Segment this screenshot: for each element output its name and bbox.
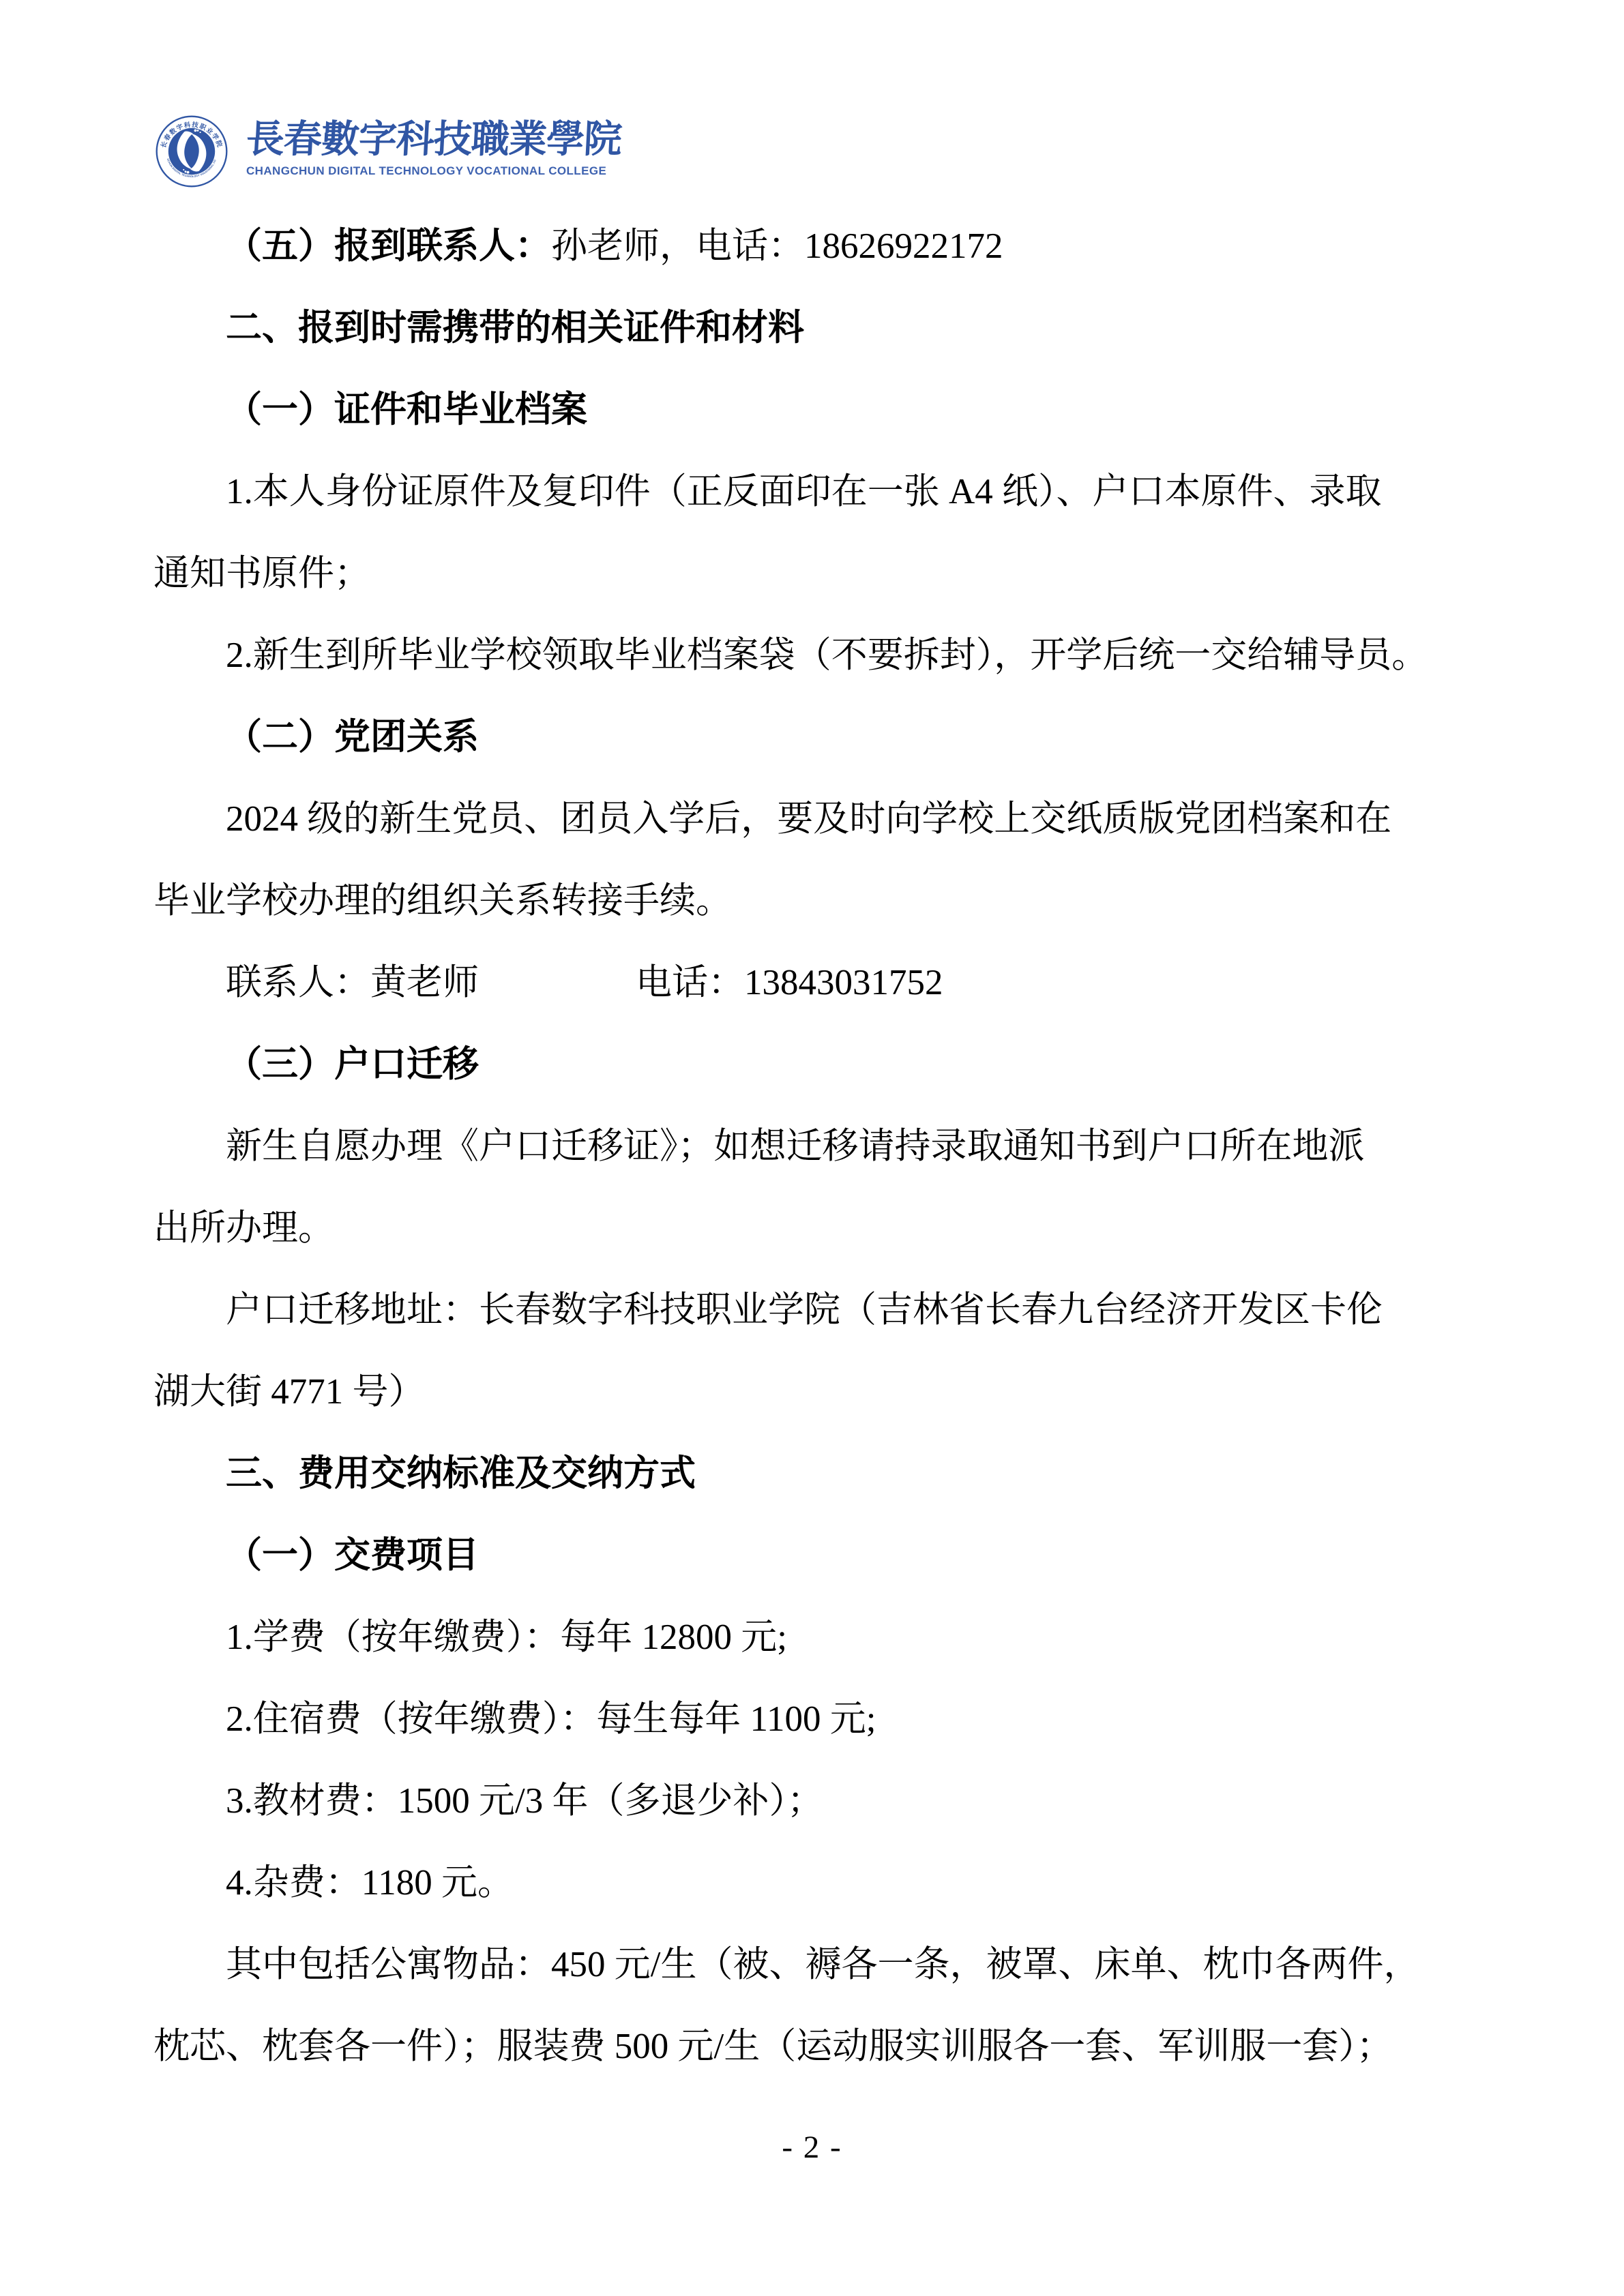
text-line: 通知书原件； bbox=[153, 533, 1473, 614]
text-run: 联系人：黄老师 bbox=[226, 963, 479, 1002]
text-run: 4.杂费：1180 元。 bbox=[226, 1863, 514, 1903]
text-run: 户口迁移地址：长春数字科技职业学院（吉林省长春九台经济开发区卡伦 bbox=[226, 1290, 1383, 1330]
text-run: （二）党团关系 bbox=[226, 717, 479, 757]
text-run: 2.新生到所毕业学校领取毕业档案袋（不要拆封），开学后统一交给辅导员。 bbox=[226, 636, 1428, 675]
text-line: 户口迁移地址：长春数字科技职业学院（吉林省长春九台经济开发区卡伦 bbox=[153, 1269, 1473, 1351]
text-run: 1.学费（按年缴费）：每年 12800 元; bbox=[226, 1617, 787, 1657]
page-number: - 2 - bbox=[0, 2129, 1624, 2166]
text-line: 出所办理。 bbox=[153, 1187, 1473, 1269]
text-line: 3.教材费：1500 元/3 年（多退少补）； bbox=[153, 1760, 1473, 1842]
text-run: 毕业学校办理的组织关系转接手续。 bbox=[153, 881, 732, 921]
document-body: （五）报到联系人：孙老师，电话：18626922172二、报到时需携带的相关证件… bbox=[153, 205, 1473, 2087]
text-line: 三、费用交纳标准及交纳方式 bbox=[153, 1433, 1473, 1515]
text-line: 枕芯、枕套各一件）；服装费 500 元/生（运动服实训服各一套、军训服一套）； bbox=[153, 2006, 1473, 2087]
text-run: 通知书原件； bbox=[153, 554, 370, 593]
text-run: （一）交费项目 bbox=[226, 1536, 479, 1575]
text-line: （五）报到联系人：孙老师，电话：18626922172 bbox=[153, 205, 1473, 287]
college-logo: 长春数字科技职业学院 CHANGCHUN DIGITAL TECHNOLOGY … bbox=[155, 115, 621, 188]
text-run: 三、费用交纳标准及交纳方式 bbox=[226, 1453, 696, 1493]
text-run: 枕芯、枕套各一件）；服装费 500 元/生（运动服实训服各一套、军训服一套）； bbox=[153, 2027, 1393, 2066]
college-name-chinese: 長春數字科技職業學院 bbox=[245, 119, 622, 161]
text-line: 1.学费（按年缴费）：每年 12800 元; bbox=[153, 1596, 1473, 1678]
text-line: 湖大街 4771 号） bbox=[153, 1351, 1473, 1433]
college-logo-text: 長春數字科技職業學院 CHANGCHUN DIGITAL TECHNOLOGY … bbox=[246, 119, 621, 178]
text-line: 2024 级的新生党员、团员入学后，要及时向学校上交纸质版党团档案和在 bbox=[153, 778, 1473, 860]
text-line: （二）党团关系 bbox=[153, 696, 1473, 778]
text-line: 毕业学校办理的组织关系转接手续。 bbox=[153, 860, 1473, 942]
text-run: （一）证件和毕业档案 bbox=[226, 390, 587, 430]
text-line: 其中包括公寓物品：450 元/生（被、褥各一条，被罩、床单、枕巾各两件， bbox=[153, 1924, 1473, 2006]
text-run: （五）报到联系人： bbox=[226, 226, 551, 266]
text-run: 3.教材费：1500 元/3 年（多退少补）； bbox=[226, 1781, 823, 1821]
text-line: 1.本人身份证原件及复印件（正反面印在一张 A4 纸）、户口本原件、录取 bbox=[153, 451, 1473, 533]
document-page: 长春数字科技职业学院 CHANGCHUN DIGITAL TECHNOLOGY … bbox=[0, 0, 1624, 2296]
text-line: 二、报到时需携带的相关证件和材料 bbox=[153, 287, 1473, 369]
text-run: 新生自愿办理《户口迁移证》；如想迁移请持录取通知书到户口所在地派 bbox=[226, 1127, 1365, 1166]
text-run: 2.住宿费（按年缴费）：每生每年 1100 元; bbox=[226, 1699, 876, 1739]
text-run: 电话：13843031752 bbox=[636, 963, 943, 1002]
text-line: 新生自愿办理《户口迁移证》；如想迁移请持录取通知书到户口所在地派 bbox=[153, 1105, 1473, 1187]
text-run: （三）户口迁移 bbox=[226, 1045, 479, 1084]
text-run: 二、报到时需携带的相关证件和材料 bbox=[226, 308, 804, 348]
text-line: 联系人：黄老师电话：13843031752 bbox=[153, 942, 1473, 1024]
text-run: 出所办理。 bbox=[153, 1208, 334, 1248]
text-run: 1.本人身份证原件及复印件（正反面印在一张 A4 纸）、户口本原件、录取 bbox=[226, 472, 1382, 511]
text-run: 2024 级的新生党员、团员入学后，要及时向学校上交纸质版党团档案和在 bbox=[226, 799, 1391, 839]
text-run: 其中包括公寓物品：450 元/生（被、褥各一条，被罩、床单、枕巾各两件， bbox=[226, 1945, 1419, 1984]
text-line: （一）证件和毕业档案 bbox=[153, 369, 1473, 451]
text-line: （三）户口迁移 bbox=[153, 1024, 1473, 1105]
text-line: 2.新生到所毕业学校领取毕业档案袋（不要拆封），开学后统一交给辅导员。 bbox=[153, 614, 1473, 696]
text-run: 湖大街 4771 号） bbox=[153, 1372, 425, 1412]
college-name-english: CHANGCHUN DIGITAL TECHNOLOGY VOCATIONAL … bbox=[246, 164, 621, 178]
text-run: 孙老师，电话：18626922172 bbox=[551, 226, 1003, 266]
college-emblem-icon: 长春数字科技职业学院 CHANGCHUN DIGITAL TECHNOLOGY … bbox=[155, 115, 228, 188]
text-line: 2.住宿费（按年缴费）：每生每年 1100 元; bbox=[153, 1678, 1473, 1760]
text-line: 4.杂费：1180 元。 bbox=[153, 1842, 1473, 1924]
text-line: （一）交费项目 bbox=[153, 1515, 1473, 1596]
